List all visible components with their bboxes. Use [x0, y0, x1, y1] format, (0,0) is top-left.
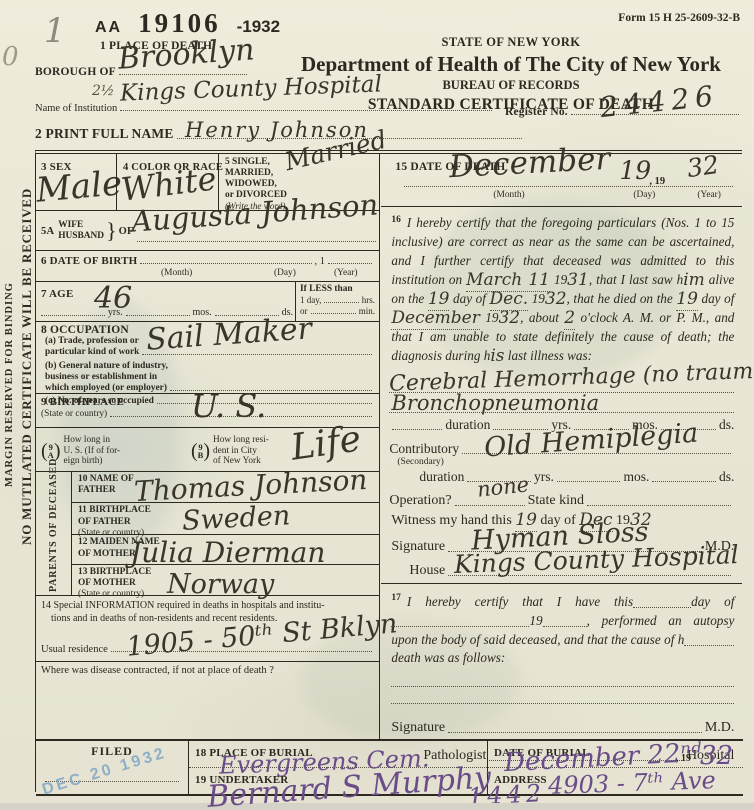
parents-vertical-label: PARENTS OF DECEASED	[48, 458, 59, 592]
parents-block: PARENTS OF DECEASED 10 NAME OF FATHER Th…	[36, 472, 379, 596]
q9a-line3: eign birth)	[63, 456, 120, 467]
mother-birthplace-row: 13 BIRTHPLACE OF MOTHER (State or countr…	[72, 565, 379, 595]
age-less-fill-1	[324, 302, 358, 303]
duration-mos-2: mos.	[623, 469, 649, 485]
age-fill-2	[126, 315, 190, 316]
p16-text: I hereby certify that the foregoing part…	[391, 215, 734, 362]
cert-prefix: AA	[95, 19, 122, 37]
secondary-note: (Secondary)	[397, 457, 734, 467]
q9a-paren-open: (	[41, 440, 48, 463]
dod-fill-line	[404, 186, 733, 187]
how-long-value: Life	[289, 421, 363, 466]
mother-row: 12 MAIDEN NAME OF MOTHER Julia Dierman	[72, 535, 379, 565]
father-birthplace-row: 11 BIRTHPLACE OF FATHER (State or countr…	[72, 503, 379, 535]
dod-year-value: 32	[686, 152, 721, 181]
dod-year-col: (Year)	[697, 190, 721, 201]
sex-value: Male	[35, 166, 124, 207]
father-birthplace-value: Sweden	[181, 503, 291, 536]
row-dob: 6 DATE OF BIRTH , 1 (Month) (Day) (Year)	[36, 251, 379, 282]
occ-b-3: which employed (or employer)	[45, 383, 167, 394]
spouse-brace: }	[106, 218, 117, 244]
age-less-fill-2	[311, 313, 356, 314]
age-less-min: min.	[359, 306, 375, 317]
dod-day-col: (Day)	[633, 190, 655, 201]
occ-b-2: business or establishment in	[45, 372, 375, 383]
row-special-info: 14 Special INFORMATION required in death…	[36, 596, 379, 739]
blank-line-2	[391, 703, 734, 704]
undertaker-value: Bernard S Murphy	[206, 763, 492, 810]
disease-question: Where was disease contracted, if not at …	[41, 665, 375, 676]
register-label: Register No.	[505, 106, 568, 118]
dob-month-col: (Month)	[161, 268, 192, 279]
cause-line-1: Cerebral Hemorrhage (no trauma)	[389, 369, 734, 393]
father-value: Thomas Johnson	[133, 466, 368, 506]
age-unit-mos: mos.	[193, 307, 212, 319]
dod-month-col: (Month)	[493, 190, 524, 201]
duration-ds-1: ds.	[719, 417, 734, 433]
residence-label: Usual residence	[41, 644, 108, 655]
house-value: Kings County Hospital	[454, 542, 739, 577]
signature2-label: Signature	[391, 720, 445, 736]
p17-text: I hereby certify that I have thisday of1…	[391, 594, 734, 666]
row-spouse: 5A WIFE HUSBAND } OF Augusta Johnson	[36, 211, 379, 251]
death-certificate: AA 19106 -1932 Form 15 H 25-2609-32-B 1 …	[0, 0, 754, 810]
contributory-line: Contributory Old Hemiplegia	[389, 435, 734, 457]
cause-of-death-block: Cerebral Hemorrhage (no trauma) Bronchop…	[381, 365, 742, 509]
birthplace-note: (State or country)	[41, 409, 107, 420]
burial-year-value: 32	[700, 743, 733, 769]
md2-label: M.D.	[705, 720, 735, 736]
signature-label: Signature	[391, 539, 445, 555]
margin-no-mutilated-text: NO MUTILATED CERTIFICATE WILL BE RECEIVE…	[19, 188, 35, 545]
mother-value: Julia Dierman	[130, 539, 325, 567]
autopsy-paragraph-17: 17I hereby certify that I have thisday o…	[381, 584, 742, 668]
spouse-wife-label: WIFE	[58, 220, 104, 231]
house-line: House Kings County Hospital	[409, 555, 734, 579]
q9a-line2: U. S. (If of for-	[63, 446, 120, 457]
row-date-of-death: 15 DATE OF DEATH , 19 (Month) (Day) (Yea…	[381, 154, 742, 207]
birthplace-value: U. S.	[191, 390, 266, 422]
right-column: 15 DATE OF DEATH , 19 (Month) (Day) (Yea…	[381, 154, 742, 739]
cause-value-2: Bronchopneumonia	[391, 393, 599, 414]
full-name-label: 2 PRINT FULL NAME	[35, 126, 174, 142]
p16-number: 16	[391, 215, 401, 225]
state-kind-label: State kind	[528, 493, 584, 509]
duration-label-1: duration	[445, 417, 490, 433]
sex-cell: 3 SEX Male	[36, 154, 116, 210]
operation-label: Operation?	[389, 493, 451, 509]
date-of-burial-row: DATE OF BURIAL December 22ⁿᵈ , 19 32	[488, 741, 743, 768]
dob-tail: , 1	[315, 256, 326, 267]
dob-fill-line-2	[328, 263, 372, 264]
duration-yrs-2: yrs.	[534, 469, 554, 485]
q9b-line2: dent in City	[213, 446, 269, 457]
left-column: 3 SEX Male 4 COLOR OR RACE White 5 SINGL…	[36, 154, 380, 739]
parents-strip: PARENTS OF DECEASED	[36, 472, 72, 595]
mother-birthplace-value: Norway	[167, 571, 274, 598]
q9b-paren-close: )	[203, 440, 210, 463]
form-number: Form 15 H 25-2609-32-B	[618, 12, 740, 24]
dob-fill-line	[140, 263, 311, 264]
father-row: 10 NAME OF FATHER Thomas Johnson	[72, 472, 379, 503]
dob-year-col: (Year)	[334, 268, 358, 279]
q9a-block: ( 9 A ) How long in U. S. (If of for- ei…	[41, 431, 191, 471]
row-age: 7 AGE yrs. mos. ds. 46 If LESS than 1 da…	[36, 282, 379, 322]
certification-paragraph-16: 16I hereby certify that the foregoing pa…	[381, 207, 742, 365]
dob-label: 6 DATE OF BIRTH	[41, 255, 137, 267]
undertaker-row: 19 UNDERTAKER Bernard S Murphy	[189, 768, 487, 794]
special-info-1: 14 Special INFORMATION required in death…	[41, 600, 375, 613]
duration-label-2: duration	[419, 469, 464, 485]
operation-line: Operation? State kind none	[389, 487, 734, 509]
pencil-mark: 0	[2, 44, 19, 70]
p17-number: 17	[391, 593, 401, 603]
q9b-paren-open: (	[191, 440, 198, 463]
cause-line-2: Bronchopneumonia	[389, 393, 734, 413]
spouse-num: 5A	[41, 226, 54, 237]
form-grid: 3 SEX Male 4 COLOR OR RACE White 5 SINGL…	[35, 150, 742, 792]
row-occupation: 8 OCCUPATION (a) Trade, profession or pa…	[36, 322, 379, 394]
q9b-line3: of New York	[213, 456, 269, 467]
filed-cell: FILED DEC 20 1932	[36, 741, 189, 794]
institution-label: Name of Institution	[35, 103, 117, 114]
institution-note: 2½	[92, 84, 114, 98]
state-heading: STATE OF NEW YORK	[278, 35, 744, 50]
dob-day-col: (Day)	[274, 268, 296, 279]
spouse-husband-label: HUSBAND	[58, 231, 104, 242]
age-label: 7 AGE	[41, 288, 73, 300]
q9b-block: ( 9 B ) How long resi- dent in City of N…	[191, 431, 269, 471]
blank-line-1	[391, 686, 734, 687]
cert-number: 19106	[138, 8, 221, 39]
age-less-1: If LESS than	[300, 284, 375, 295]
q9a-line1: How long in	[63, 435, 120, 446]
occ-b-1: (b) General nature of industry,	[45, 361, 375, 372]
house-label: House	[409, 563, 445, 579]
duration-line-2: duration yrs. mos. ds.	[419, 467, 734, 485]
dod-month-value: December	[449, 144, 612, 183]
institution-fill-line	[120, 110, 492, 111]
burial-undertaker-cell: 18 PLACE OF BURIAL Evergreens Cem. 19 UN…	[189, 741, 488, 794]
age-less-2: 1 day,	[300, 295, 321, 306]
pencil-mark: 1	[44, 14, 66, 48]
q9b-line1: How long resi-	[213, 435, 269, 446]
age-less-hrs: hrs.	[362, 295, 375, 306]
bottom-band: FILED DEC 20 1932 18 PLACE OF BURIAL Eve…	[36, 739, 743, 796]
occ-a-2: particular kind of work	[45, 347, 139, 358]
margin-binding-text: MARGIN RESERVED FOR BINDING	[4, 282, 15, 487]
operation-value: none	[476, 475, 530, 501]
signature2-line: Signature M.D.	[391, 712, 734, 736]
borough-label: BOROUGH OF	[35, 66, 116, 78]
dod-year-print: , 19	[649, 176, 665, 187]
address-value: 4903 - 7ᵗʰ Ave	[548, 768, 717, 798]
age-value: 46	[94, 284, 132, 314]
duration-ds-2: ds.	[719, 469, 734, 485]
dod-day-value: 19	[619, 158, 651, 183]
burial-year-print: , 19	[676, 753, 691, 764]
contributory-label: Contributory	[389, 441, 459, 457]
